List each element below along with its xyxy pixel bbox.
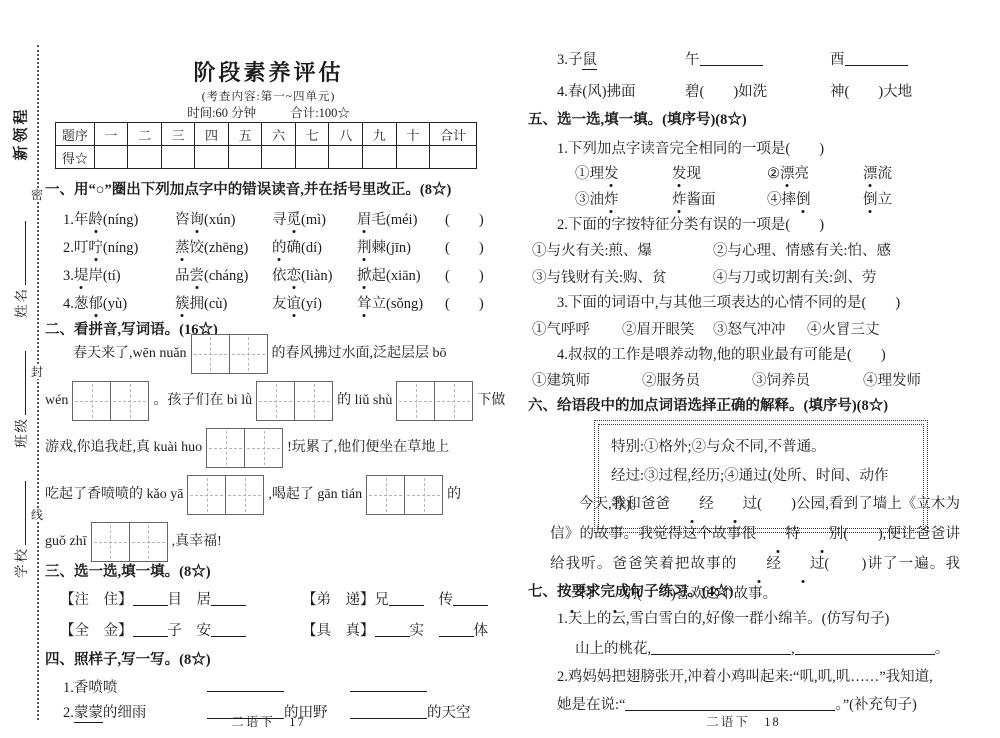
word-with-pinyin: 1.年龄(níng) [63,208,175,229]
dictation-paragraph: 春天来了,wēn nuǎn的春风拂过水面,泛起层层 bōwén。孩子们在 bì … [45,330,492,565]
section-1-item: 1.年龄(níng)咨询(xún)寻觅(mì)眉毛(méi)( ) [63,208,492,229]
class-field-line [13,351,26,415]
fill-blank [211,622,246,638]
answer-bracket: ( ) [445,208,492,229]
question-stem: 1.下列加点字读音完全相同的一项是( ) [557,137,1000,158]
writing-cell [207,429,244,467]
emphasis-dot-char: 炸 [672,188,687,209]
dictation-text: 的 liǔ shù [337,393,392,408]
word-with-pinyin: 品尝(cháng) [175,264,272,285]
score-header-cell: 十 [396,123,430,146]
answer-bracket: ( ) [445,264,492,285]
name-field: 姓名 [10,218,30,318]
emphasis-dot-char: 恋 [287,264,302,285]
seal-dotted-line [37,45,39,720]
answer-bracket: ( ) [445,292,492,313]
writing-cell [92,523,129,561]
page-left: 阶段素养评估 (考查内容:第一~四单元) 时间:60 分钟合计:100☆ 题序 … [45,0,492,738]
emphasis-dot-char: 询 [190,208,205,229]
exam-subtitle: (考查内容:第一~四单元) [45,88,492,104]
writing-box [72,381,149,421]
exam-time: 时间:60 分钟 [187,106,256,120]
writing-box [366,475,443,515]
class-field-label: 班级 [14,417,29,448]
school-field-label: 学校 [14,547,29,578]
exam-total: 合计:100☆ [290,106,350,120]
score-header-cell: 二 [128,123,162,146]
writing-cell [244,429,282,467]
choose-fill-item: 【全 金】子 安 [60,619,302,640]
pattern-blank: 午 [685,48,830,69]
pattern-blank: 碧( )如洗 [685,80,830,101]
option: ③怒气冲冲 [713,318,807,339]
pattern-word: 1.香喷喷 [63,676,207,697]
writing-box [206,428,283,468]
emphasis-dot-char: 过 [781,549,825,579]
score-header-cell: 一 [94,123,128,146]
fill-blank [375,622,410,638]
exam-info: 时间:60 分钟合计:100☆ [45,103,492,121]
emphasis-dot-char: 耸 [357,292,372,313]
section-4-continued-row: 3.子鼠午酉 [557,48,959,69]
name-field-label: 姓名 [14,287,29,318]
section-3-row: 【注 住】目 居【弟 递】兄 传 [60,588,492,609]
option: 炸酱面 [672,188,767,209]
option: ②服务员 [642,369,752,390]
sentence-exercise-stem: 1.天上的云,雪白雪白的,好像一群小绵羊。(仿写句子) [557,607,1000,628]
emphasis-dot-char: 堤 [74,264,89,285]
section-1-heading: 一、用“○”圈出下列加点字中的错误读音,并在括号里改正。(8☆) [45,178,492,199]
page-left-footer: 二语下 17 [45,712,492,730]
score-header-cell: 九 [363,123,397,146]
section-6-heading: 六、给语段中的加点词语选择正确的解释。(填序号)(8☆) [528,394,975,415]
fill-blank [453,591,488,607]
score-cell-empty [295,146,329,169]
word-with-pinyin: 依恋(liàn) [272,264,357,285]
option: ④火冒三丈 [807,318,967,339]
score-header-cell: 合计 [430,123,477,146]
word-with-pinyin: 的确(dí) [272,236,357,257]
score-header-cell: 题序 [56,123,95,146]
emphasis-dot-char: 荆 [357,236,372,257]
option-row: ①与火有关:煎、爆②与心理、情感有关:怕、感 [532,239,967,260]
question-stem: 2.下面的字按特征分类有误的一项是( ) [557,213,1000,234]
option: ①理发 [575,162,672,183]
score-header-cell: 五 [228,123,262,146]
option: ②与心理、情感有关:怕、感 [713,239,967,260]
sentence-answer-line: 山上的桃花,,。 [575,637,1000,658]
writing-cell [434,382,472,420]
score-cell-empty [430,146,477,169]
pattern-word: 4.春(风)拂面 [557,80,685,101]
choose-fill-item: 【注 住】目 居 [60,588,302,609]
explanation-line: 特别:①格外;②与众不同,不普通。 [611,433,911,462]
dictation-text: 。孩子们在 bì lǜ [153,393,252,408]
score-header-cell: 四 [195,123,229,146]
dictation-text: 游戏,你追我赶,真 kuài huo [45,440,202,455]
option: ④与刀或切割有关:剑、劳 [713,266,967,287]
score-cell-empty [262,146,296,169]
score-table-score-row: 得☆ [56,146,477,169]
pattern-blank [207,676,350,697]
writing-box [396,381,473,421]
dictation-text: guǒ zhī [45,534,87,549]
score-cell-empty [128,146,162,169]
option: ②漂亮 [767,162,863,183]
score-table-header-row: 题序 一 二 三 四 五 六 七 八 九 十 合计 [56,123,477,146]
writing-cell [129,523,167,561]
emphasis-dot-char: 的 [272,236,287,257]
option: ④理发师 [863,369,967,390]
writing-box [191,334,268,374]
option: ①建筑师 [532,369,642,390]
section-4-row: 1.香喷喷 [63,676,492,697]
dictation-text: 的 [447,487,461,502]
fill-blank [350,676,427,692]
question-stem: 4.叔叔的工作是喂养动物,他的职业最有可能是( ) [557,343,1000,364]
option: ④摔倒 [767,188,863,209]
score-cell-empty [228,146,262,169]
emphasis-dot-char: 掀 [357,264,372,285]
section-7-heading: 七、按要求完成句子练习。(4☆) [528,580,975,601]
option: 发现 [672,162,767,183]
fill-blank [207,676,284,692]
writing-box [256,381,333,421]
dictation-text: ,真幸福! [172,534,222,549]
section-1-item: 4.葱郁(yù)簇拥(cù)友谊(yí)耸立(sǒng)( ) [63,292,492,313]
fill-blank [211,591,246,607]
score-cell-empty [94,146,128,169]
dictation-text: !玩累了,他们便坐在草地上 [287,440,449,455]
word-with-pinyin: 3.堤岸(tí) [63,264,175,285]
option: ①气呼呼 [532,318,622,339]
exam-title: 阶段素养评估 [45,56,492,87]
option-row: ①气呼呼②眉开眼笑③怒气冲冲④火冒三丈 [532,318,967,339]
emphasis-dot-char: 眉 [357,208,372,229]
option-row: ①建筑师②服务员③饲养员④理发师 [532,369,967,390]
word-with-pinyin: 2.叮咛(níng) [63,236,175,257]
score-header-cell: 六 [262,123,296,146]
fill-blank [795,640,935,656]
score-cell-empty [329,146,363,169]
emphasis-dot-char: 经 [737,549,781,579]
writing-cell [404,476,442,514]
page-right: 3.子鼠午酉 4.春(风)拂面碧( )如洗神( )大地 五、选一选,填一填。(填… [520,0,967,738]
sentence-answer-line: 她是在说:“。”(补充句子) [557,693,1000,714]
underlined-text: 鼠 [582,52,597,70]
word-with-pinyin: 咨询(xún) [175,208,272,229]
choose-fill-item: 【具 真】实 体 [302,619,492,640]
emphasis-dot-char: 倒 [863,188,878,209]
emphasis-dot-char: 过 [714,489,758,519]
section-1-item: 3.堤岸(tí)品尝(cháng)依恋(liàn)掀起(xiān)( ) [63,264,492,285]
option: ③饲养员 [752,369,863,390]
answer-bracket: ( ) [445,236,492,257]
school-field-line [13,481,26,545]
emphasis-dot-char: 特 [756,519,800,549]
emphasis-dot-char: 发 [604,162,619,183]
brand-label: 新领程 [10,85,31,161]
score-header-cell: 三 [161,123,195,146]
writing-cell [397,382,434,420]
writing-cell [73,382,110,420]
word-with-pinyin: 掀起(xiān) [357,264,445,285]
school-field: 学校 [10,478,30,578]
option: 漂流 [863,162,967,183]
fill-blank [700,51,763,67]
pattern-blank: 酉 [830,48,959,69]
dictation-text: 吃起了香喷喷的 kǎo yā [45,487,183,502]
score-cell-empty [161,146,195,169]
writing-box [91,522,168,562]
emphasis-dot-char: 漂 [863,162,878,183]
writing-cell [192,335,229,373]
section-4-continued-row: 4.春(风)拂面碧( )如洗神( )大地 [557,80,959,101]
word-with-pinyin: 蒸饺(zhēng) [175,236,272,257]
page-right-footer: 二语下 18 [520,712,967,730]
dictation-text: ,喝起了 gān tián [268,487,362,502]
emphasis-dot-char: 别 [800,519,844,549]
section-3-row: 【全 金】子 安【具 真】实 体 [60,619,492,640]
name-field-line [13,221,26,285]
fill-blank [651,640,791,656]
writing-cell [188,476,225,514]
emphasis-dot-char: 经 [670,489,714,519]
emphasis-dot-char: 倒 [796,188,811,209]
emphasis-dot-char: 龄 [88,208,103,229]
fill-blank [625,696,835,712]
fill-blank [133,622,168,638]
dictation-text: 的春风拂过水面,泛起层层 bō [272,346,447,361]
choose-fill-item: 【弟 递】兄 传 [302,588,492,609]
writing-cell [367,476,404,514]
emphasis-dot-char: 谊 [287,292,302,313]
fill-blank [389,591,424,607]
writing-cell [110,382,148,420]
word-with-pinyin: 4.葱郁(yù) [63,292,175,313]
score-cell-empty [396,146,430,169]
word-with-pinyin: 簇拥(cù) [175,292,272,313]
word-with-pinyin: 寻觅(mì) [272,208,357,229]
section-3-heading: 三、选一选,填一填。(8☆) [45,560,492,581]
dictation-text: 下做 [477,393,505,408]
emphasis-dot-char: 炸 [604,188,619,209]
option: 倒立 [863,188,967,209]
option-row: ③油炸炸酱面④摔倒倒立 [575,188,967,209]
emphasis-dot-char: 发 [672,162,687,183]
score-cell-empty [363,146,397,169]
word-with-pinyin: 友谊(yí) [272,292,357,313]
fill-blank [845,51,908,67]
pattern-blank: 神( )大地 [830,80,959,101]
class-field: 班级 [10,348,30,448]
word-with-pinyin: 眉毛(méi) [357,208,445,229]
seal-char-mi: 密 [29,188,45,202]
question-stem: 3.下面的词语中,与其他三项表达的心情不同的是( ) [557,291,1000,312]
seal-char-xian: 线 [29,508,45,522]
emphasis-dot-char: 咛 [88,236,103,257]
writing-box [187,475,264,515]
exam-sheet: 密 封 线 新领程 姓名 班级 学校 阶段素养评估 (考查内容:第一~四单元) … [0,0,1000,738]
pattern-word: 3.子鼠 [557,48,685,69]
fill-blank [133,591,168,607]
pattern-blank [350,676,492,697]
score-table: 题序 一 二 三 四 五 六 七 八 九 十 合计 得☆ [55,122,477,169]
emphasis-dot-char: 郁 [88,292,103,313]
emphasis-dot-char: 蒸 [175,236,190,257]
sentence-exercise-stem: 2.鸡妈妈把翅膀张开,冲着小鸡叫起来:“叽,叽,叽……”我知道, [557,665,1000,686]
word-with-pinyin: 荆棘(jīn) [357,236,445,257]
emphasis-dot-char: 漂 [780,162,795,183]
seal-char-feng: 封 [29,365,45,379]
section-1-item: 2.叮咛(níng)蒸饺(zhēng)的确(dí)荆棘(jīn)( ) [63,236,492,257]
score-cell-empty [195,146,229,169]
option: ②眉开眼笑 [622,318,713,339]
fill-blank [439,622,474,638]
word-with-pinyin: 耸立(sǒng) [357,292,445,313]
option: ③油炸 [575,188,672,209]
writing-cell [294,382,332,420]
section-4-heading: 四、照样子,写一写。(8☆) [45,648,492,669]
score-row-label: 得☆ [56,146,95,169]
option-row: ①理发发现②漂亮漂流 [575,162,967,183]
section-5-heading: 五、选一选,填一填。(填序号)(8☆) [528,108,975,129]
writing-cell [257,382,294,420]
emphasis-dot-char: 尝 [190,264,205,285]
writing-cell [229,335,267,373]
writing-cell [225,476,263,514]
emphasis-dot-char: 簇 [175,292,190,313]
score-header-cell: 八 [329,123,363,146]
option-row: ③与钱财有关:购、贫④与刀或切割有关:剑、劳 [532,266,967,287]
emphasis-dot-char: 觅 [287,208,302,229]
score-header-cell: 七 [295,123,329,146]
dictation-text: 春天来了,wēn nuǎn [73,346,187,361]
option: ①与火有关:煎、爆 [532,239,713,260]
option: ③与钱财有关:购、贫 [532,266,713,287]
dictation-text: wén [45,393,68,408]
